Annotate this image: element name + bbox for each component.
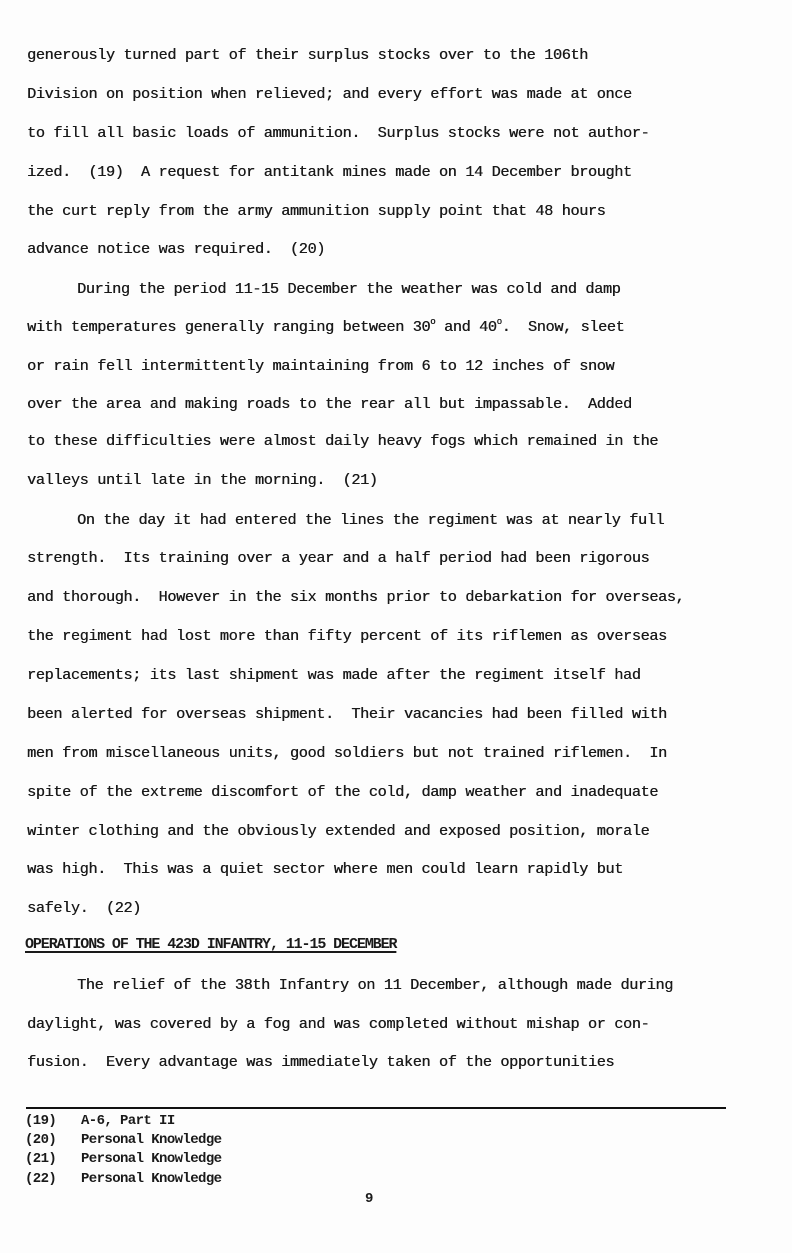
footnote-number: (21) — [25, 1150, 81, 1168]
paragraph-3-line: spite of the extreme discomfort of the c… — [27, 782, 658, 802]
footnote-text: Personal Knowledge — [81, 1132, 221, 1148]
footnote-text: A-6, Part II — [81, 1113, 175, 1129]
page-number: 9 — [365, 1191, 373, 1207]
footnote: (20)Personal Knowledge — [25, 1131, 221, 1149]
paragraph-2-line: or rain fell intermittently maintaining … — [27, 356, 614, 376]
paragraph-2-line: During the period 11-15 December the wea… — [77, 279, 620, 299]
footnote: (21)Personal Knowledge — [25, 1150, 221, 1168]
section-paragraph-line: The relief of the 38th Infantry on 11 De… — [77, 975, 673, 995]
paragraph-3-line: safely. (22) — [27, 898, 141, 918]
paragraph-2-line: to these difficulties were almost daily … — [27, 431, 658, 451]
section-heading: OPERATIONS OF THE 423D INFANTRY, 11-15 D… — [25, 935, 396, 955]
document-page: generously turned part of their surplus … — [0, 0, 792, 1253]
footnote-divider — [26, 1107, 726, 1109]
paragraph-3-line: men from miscellaneous units, good soldi… — [27, 743, 667, 763]
paragraph-1-line: generously turned part of their surplus … — [27, 45, 588, 65]
section-paragraph-line: daylight, was covered by a fog and was c… — [27, 1014, 649, 1034]
footnote: (19)A-6, Part II — [25, 1112, 175, 1130]
paragraph-3-line: was high. This was a quiet sector where … — [27, 859, 623, 879]
paragraph-3-line: and thorough. However in the six months … — [27, 587, 684, 607]
footnote-number: (22) — [25, 1170, 81, 1188]
paragraph-2-line: over the area and making roads to the re… — [27, 394, 632, 414]
footnote-text: Personal Knowledge — [81, 1151, 221, 1167]
paragraph-3-line: winter clothing and the obviously extend… — [27, 821, 649, 841]
paragraph-1-line: the curt reply from the army ammunition … — [27, 201, 605, 221]
paragraph-1-line: to fill all basic loads of ammunition. S… — [27, 123, 649, 143]
paragraph-3-line: strength. Its training over a year and a… — [27, 548, 649, 568]
paragraph-1-line: ized. (19) A request for antitank mines … — [27, 162, 632, 182]
paragraph-3-line: replacements; its last shipment was made… — [27, 665, 640, 685]
paragraph-3-line: the regiment had lost more than fifty pe… — [27, 626, 667, 646]
paragraph-3-line: been alerted for overseas shipment. Thei… — [27, 704, 667, 724]
paragraph-3-line: On the day it had entered the lines the … — [77, 510, 664, 530]
footnote-number: (20) — [25, 1131, 81, 1149]
footnote-number: (19) — [25, 1112, 81, 1130]
section-paragraph-line: fusion. Every advantage was immediately … — [27, 1052, 614, 1072]
paragraph-1-line: Division on position when relieved; and … — [27, 84, 632, 104]
footnote-text: Personal Knowledge — [81, 1171, 221, 1187]
paragraph-2-line: with temperatures generally ranging betw… — [27, 317, 624, 337]
paragraph-2-line: valleys until late in the morning. (21) — [27, 470, 378, 490]
footnote: (22)Personal Knowledge — [25, 1170, 221, 1188]
paragraph-1-line: advance notice was required. (20) — [27, 239, 325, 259]
